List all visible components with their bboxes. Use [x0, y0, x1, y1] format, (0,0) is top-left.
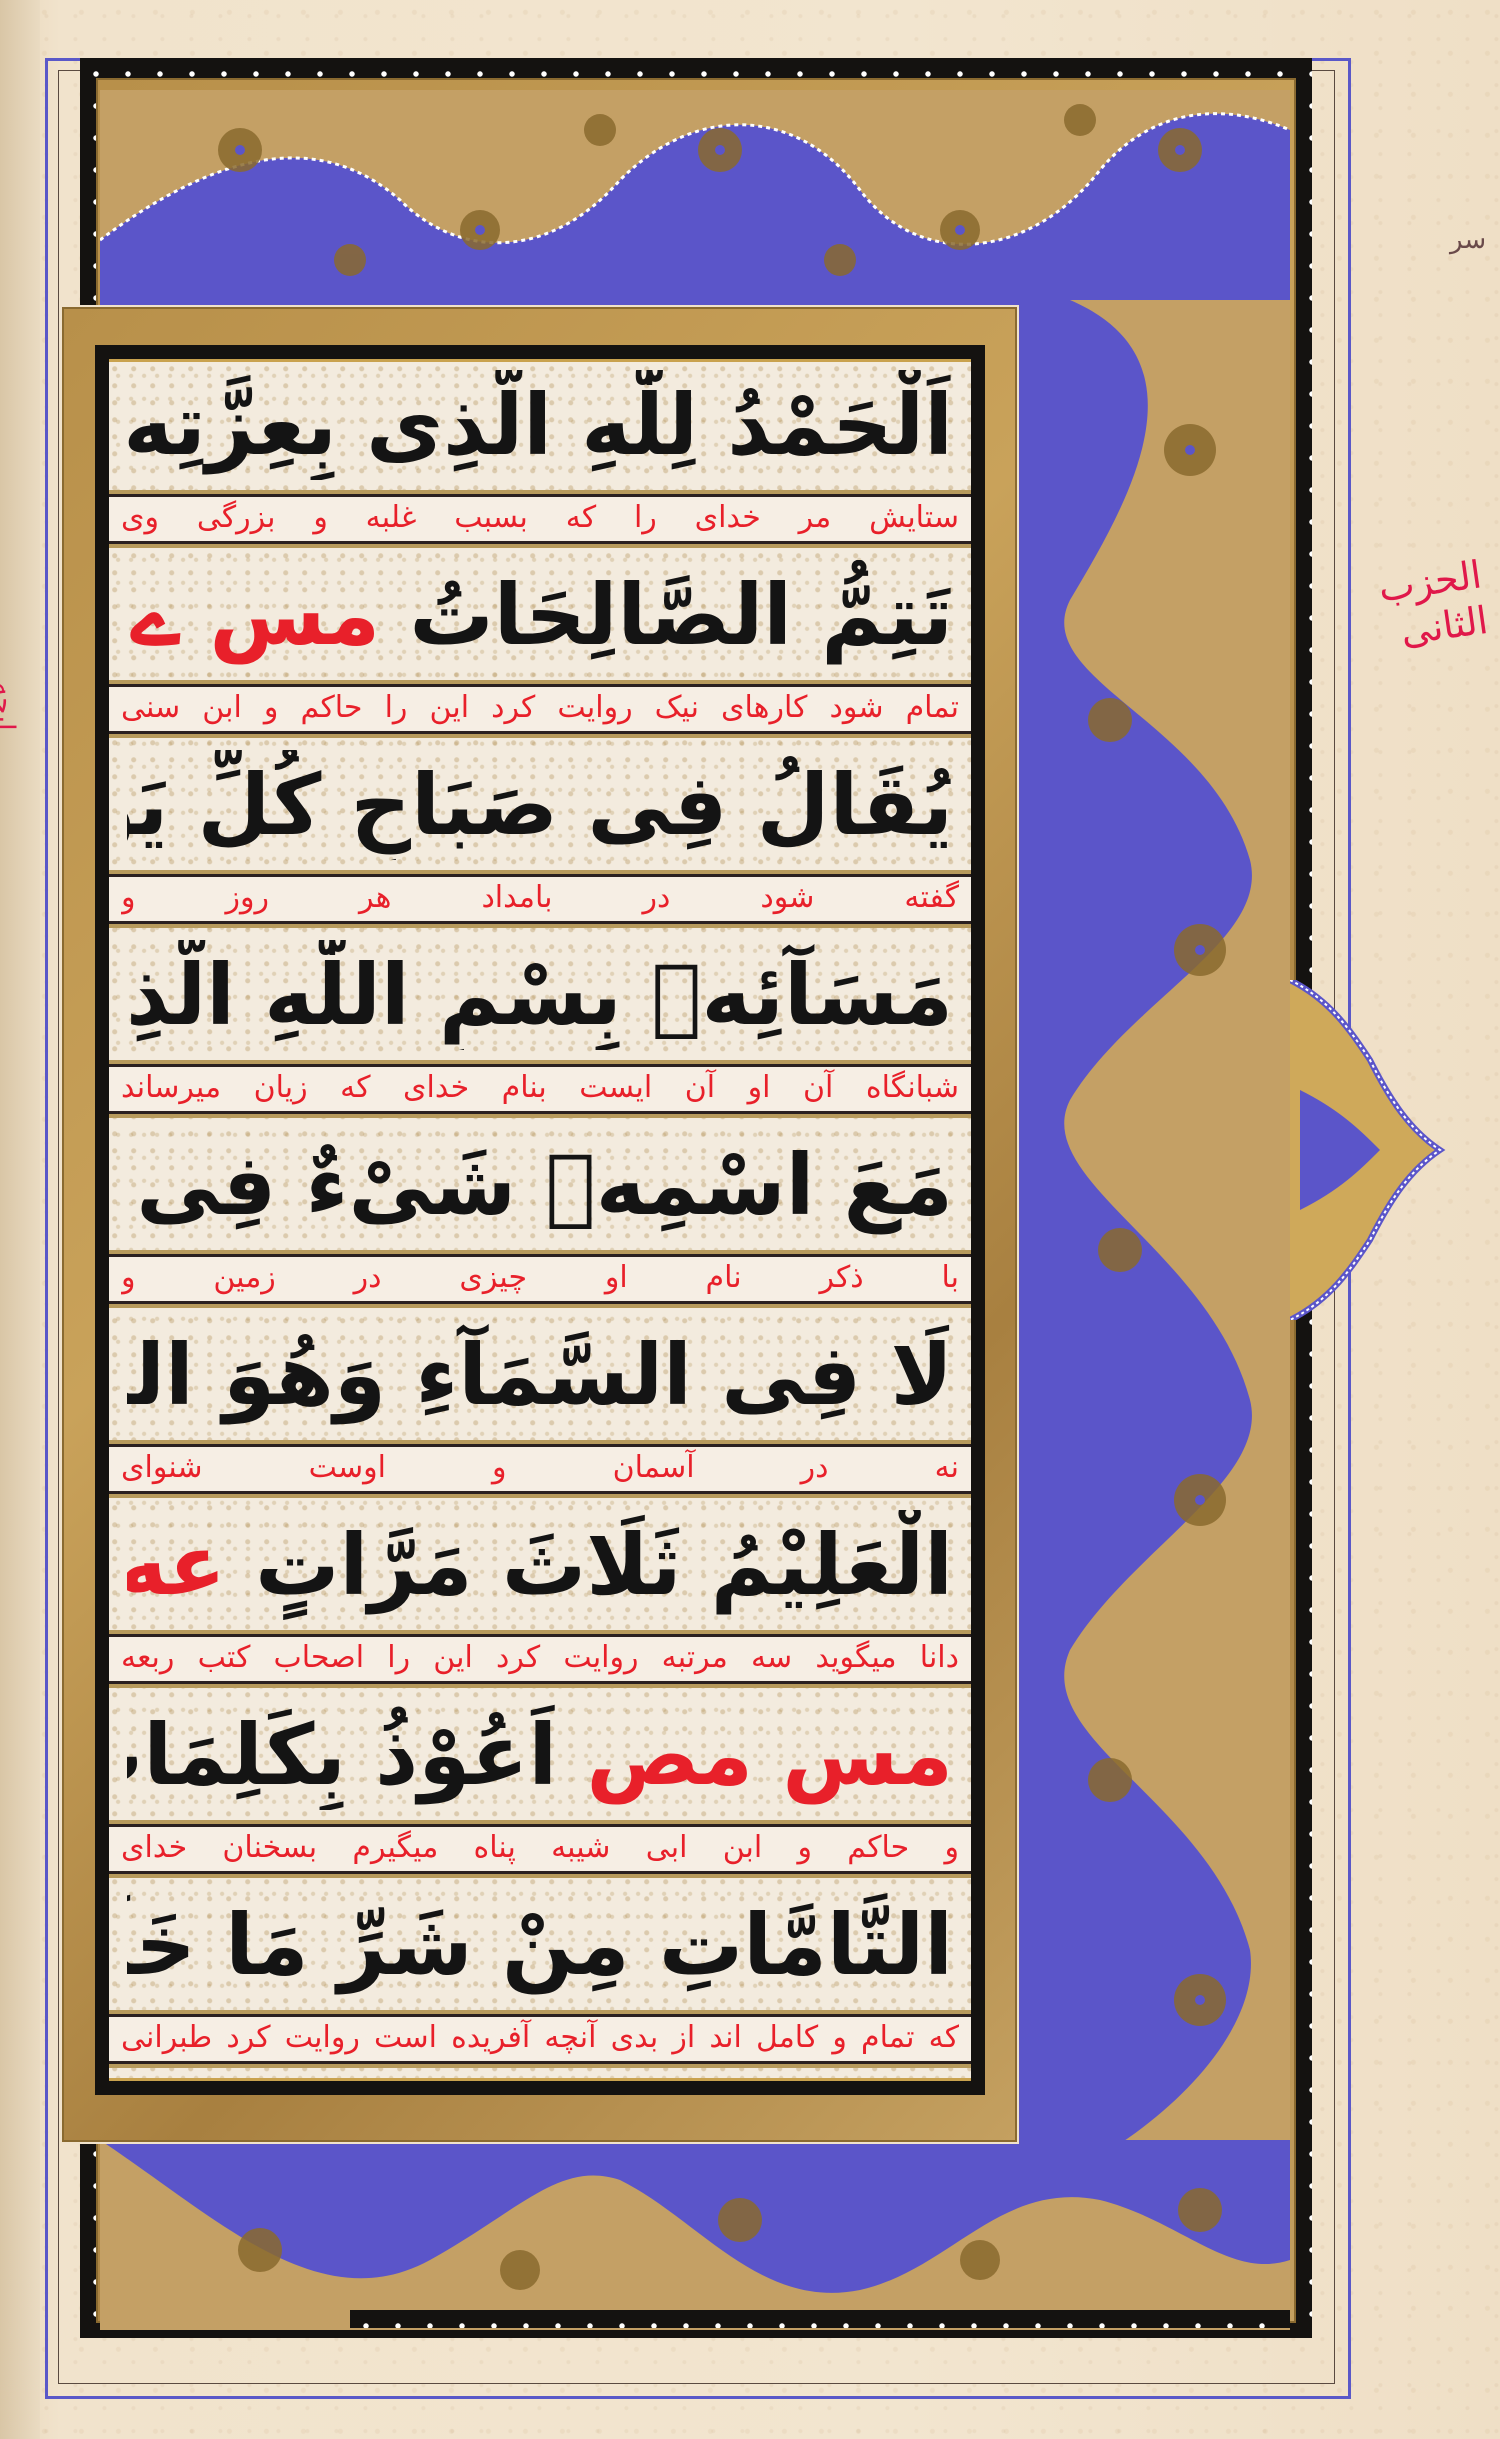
binding-gutter	[0, 0, 40, 2439]
interlinear-band: ستایش مر خدای را که بسبب غلبه و بزرگی وی	[109, 490, 971, 548]
interlinear-band: با ذکر نام او چیزی در زمین و	[109, 1250, 971, 1308]
arabic-line: مَعَ اسْمِهٖ شَیْءٌ فِی الْاَرْضِ وَ	[127, 1130, 953, 1240]
right-illumination-column	[1010, 300, 1290, 2150]
arabic-line: مس مص اَعُوْذُ بِكَلِمَاتِ اللّٰهِ	[127, 1700, 953, 1810]
text-line-3: يُقَالُ فِی صَبَاحِ كُلِّ يَوْمٍ وَ گفته…	[109, 742, 971, 917]
text-panel: اَلْحَمْدُ لِلّٰهِ الَّذِی بِعِزَّتِهٖ و…	[95, 345, 985, 2095]
persian-gloss: ستایش مر خدای را که بسبب غلبه و بزرگی وی	[121, 498, 959, 538]
arabic-line: تَتِمُّ الصَّالِحَاتُ مس ے الَّذِی	[127, 560, 953, 670]
floral-scroll-ornament-bottom	[100, 2140, 1290, 2330]
interlinear-band: تمام شود کارهای نیک روایت کرد این را حاک…	[109, 680, 971, 738]
persian-gloss: تمام شود کارهای نیک روایت کرد این را حاک…	[121, 688, 959, 728]
text-line-6: لَا فِی السَّمَآءِ وَهُوَ السَّمِيْعُ نه…	[109, 1312, 971, 1487]
interlinear-band: و حاکم و ابن ابی شیبه پناه میگیرم بسخنان…	[109, 1820, 971, 1878]
left-margin-note: ابجه	[0, 682, 21, 731]
persian-gloss: که تمام و کامل اند از بدی آنچه آفریده اس…	[121, 2018, 959, 2058]
persian-gloss: دانا میگوید سه مرتبه روایت کرد این را اص…	[121, 1638, 959, 1678]
text-line-4: مَسَآئِهٖ بِسْمِ اللّٰهِ الَّذِی لَا يَض…	[109, 932, 971, 1107]
text-line-9: التَّامَّاتِ مِنْ شَرِّ مَا خَلَقَ طس که…	[109, 1882, 971, 2057]
rubric-siglum: مس ے	[131, 566, 380, 664]
arabic-line: التَّامَّاتِ مِنْ شَرِّ مَا خَلَقَ طس	[127, 1890, 953, 2000]
persian-gloss: با ذکر نام او چیزی در زمین و	[121, 1258, 959, 1298]
rubric-siglum: عه حب	[127, 1516, 226, 1614]
right-margin-note: الحزب الثانی	[1349, 551, 1491, 660]
interlinear-band: دانا میگوید سه مرتبه روایت کرد این را اص…	[109, 1630, 971, 1688]
folio-mark: سر	[1450, 225, 1486, 255]
text-block: اَلْحَمْدُ لِلّٰهِ الَّذِی بِعِزَّتِهٖ و…	[109, 359, 971, 2081]
persian-gloss: و حاکم و ابن ابی شیبه پناه میگیرم بسخنان…	[121, 1828, 959, 1868]
text-line-8: مس مص اَعُوْذُ بِكَلِمَاتِ اللّٰهِ و حاک…	[109, 1692, 971, 1867]
right-margin-mandorla	[1290, 980, 1450, 1320]
persian-gloss: نه در آسمان و اوست شنوای	[121, 1448, 959, 1488]
persian-gloss: شبانگاه آن او آن ایست بنام خدای که زیان …	[121, 1068, 959, 1108]
floral-medallion-ornament	[1010, 300, 1290, 2150]
bottom-inner-dotted-rule	[350, 2310, 1290, 2328]
interlinear-band: گفته شود در بامداد هر روز و	[109, 870, 971, 928]
persian-gloss: گفته شود در بامداد هر روز و	[121, 878, 959, 918]
floral-scroll-ornament	[100, 90, 1290, 305]
text-line-7: الْعَلِيْمُ ثَلَاثَ مَرَّاتٍ عه حب دانا …	[109, 1502, 971, 1677]
rubric-siglum: مس مص	[586, 1706, 953, 1804]
arabic-line: لَا فِی السَّمَآءِ وَهُوَ السَّمِيْعُ	[127, 1320, 953, 1430]
top-illumination-band	[100, 90, 1290, 305]
interlinear-band: شبانگاه آن او آن ایست بنام خدای که زیان …	[109, 1060, 971, 1118]
interlinear-band: نه در آسمان و اوست شنوای	[109, 1440, 971, 1498]
arabic-line: يُقَالُ فِی صَبَاحِ كُلِّ يَوْمٍ وَ	[127, 750, 953, 860]
arabic-line: اَلْحَمْدُ لِلّٰهِ الَّذِی بِعِزَّتِهٖ و…	[127, 370, 953, 480]
text-line-5: مَعَ اسْمِهٖ شَیْءٌ فِی الْاَرْضِ وَ با …	[109, 1122, 971, 1297]
bottom-illumination-band	[100, 2140, 1290, 2330]
arabic-line: الْعَلِيْمُ ثَلَاثَ مَرَّاتٍ عه حب	[127, 1510, 953, 1620]
text-line-2: تَتِمُّ الصَّالِحَاتُ مس ے الَّذِی تمام …	[109, 552, 971, 727]
arabic-line: مَسَآئِهٖ بِسْمِ اللّٰهِ الَّذِی لَا يَض…	[127, 940, 953, 1050]
text-line-1: اَلْحَمْدُ لِلّٰهِ الَّذِی بِعِزَّتِهٖ و…	[109, 362, 971, 537]
interlinear-band: که تمام و کامل اند از بدی آنچه آفریده اس…	[109, 2010, 971, 2068]
